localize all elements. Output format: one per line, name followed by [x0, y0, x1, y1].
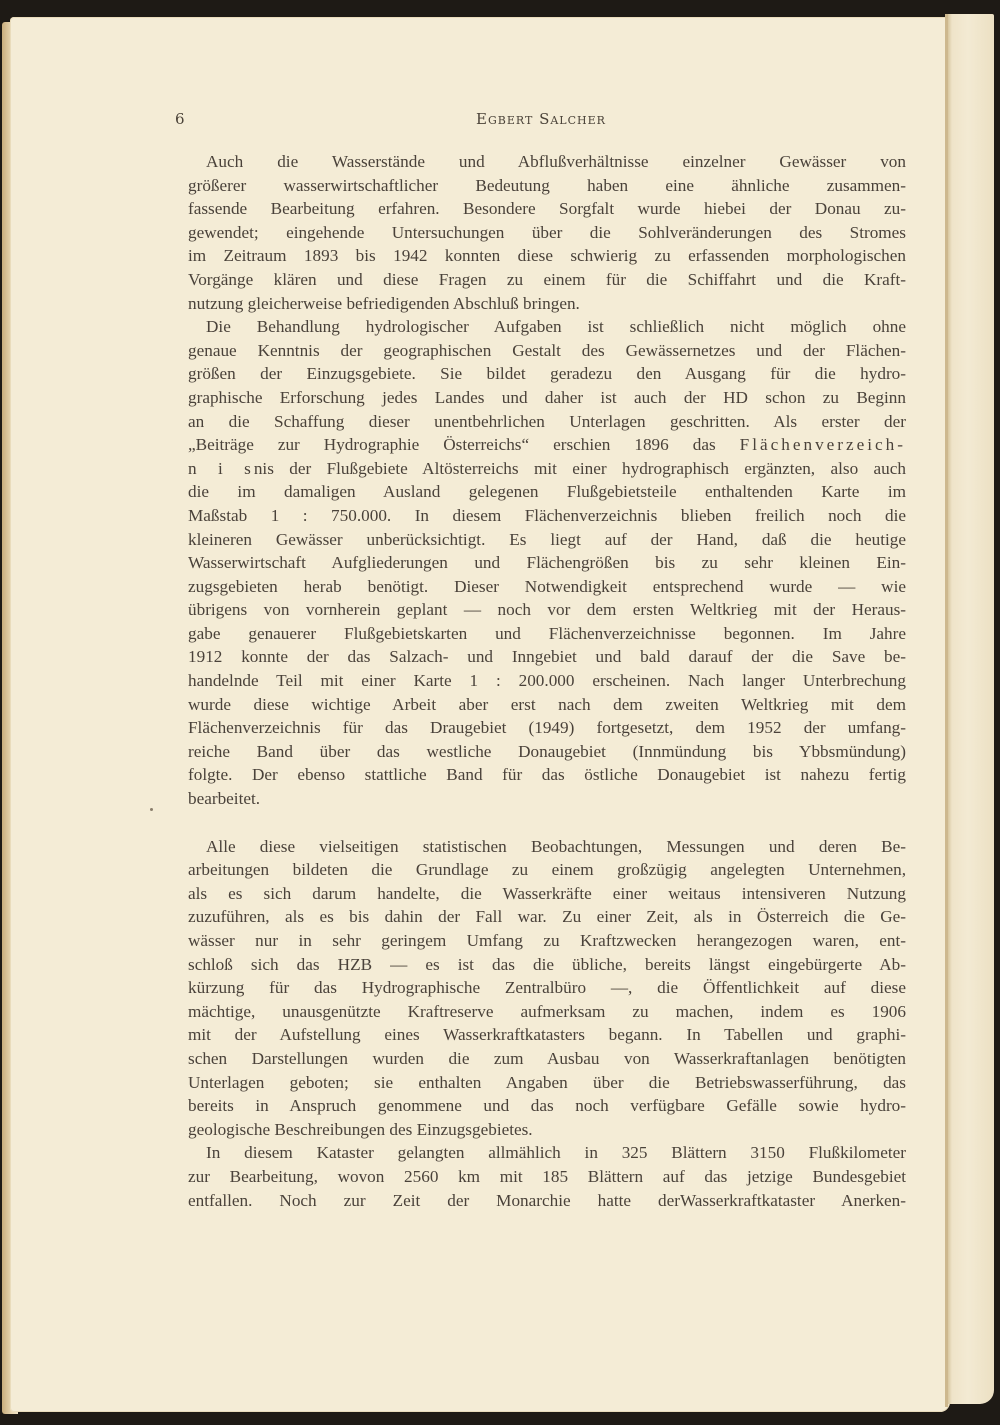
paragraph-2: Die Behandlung hydrologischer Aufgaben i…	[188, 315, 906, 810]
text-line: Maßstab 1 : 750.000. In diesem Flächenve…	[188, 504, 906, 528]
text-line: In diesem Kataster gelangten allmählich …	[188, 1141, 906, 1165]
paragraph-3: Alle diese vielseitigen statistischen Be…	[188, 835, 906, 1142]
text-line: Die Behandlung hydrologischer Aufgaben i…	[188, 315, 906, 339]
paragraph-1: Auch die Wasserstände und Abflußverhältn…	[188, 150, 906, 315]
text-line: zuzuführen, als es bis dahin der Fall wa…	[188, 905, 906, 929]
text-line: übrigens von vornherein geplant — noch v…	[188, 598, 906, 622]
text-line: Vorgänge klären und diese Fragen zu eine…	[188, 268, 906, 292]
text-line: größerer wasserwirtschaftlicher Bedeutun…	[188, 174, 906, 198]
text-line: gewendet; eingehende Untersuchungen über…	[188, 221, 906, 245]
text-line: gabe genauerer Flußgebietskarten und Flä…	[188, 622, 906, 646]
text-line: zur Bearbeitung, wovon 2560 km mit 185 B…	[188, 1165, 906, 1189]
emphasized-term: n i s	[188, 459, 254, 478]
text-line: an die Schaffung dieser unentbehrlichen …	[188, 410, 906, 434]
text-line: zugsgebieten herab benötigt. Dieser Notw…	[188, 575, 906, 599]
emphasized-term: Flächenverzeich-	[740, 435, 906, 454]
text-line: entfallen. Noch zur Zeit der Monarchie h…	[188, 1189, 906, 1213]
text-line: wurde diese wichtige Arbeit aber erst na…	[188, 693, 906, 717]
text-line-compound: n i snis der Flußgebiete Altösterreichs …	[188, 457, 906, 481]
text-line: Alle diese vielseitigen statistischen Be…	[188, 835, 906, 859]
text-line: die im damaligen Ausland gelegenen Flußg…	[188, 480, 906, 504]
text-line: als es sich darum handelte, die Wasserkr…	[188, 882, 906, 906]
text-line: Flächenverzeichnis für das Draugebiet (1…	[188, 716, 906, 740]
text-line: bereits in Anspruch genommene und das no…	[188, 1094, 906, 1118]
text-line: handelnde Teil mit einer Karte 1 : 200.0…	[188, 669, 906, 693]
text-line: arbeitungen bildeten die Grundlage zu ei…	[188, 858, 906, 882]
running-head-author: Egbert Salcher	[175, 110, 907, 128]
text-line: mit der Aufstellung eines Wasserkraftkat…	[188, 1023, 906, 1047]
text-line: fassende Bearbeitung erfahren. Besondere…	[188, 197, 906, 221]
text-line: Auch die Wasserstände und Abflußverhältn…	[188, 150, 906, 174]
text-line: kürzung für das Hydrographische Zentralb…	[188, 976, 906, 1000]
text-line: bearbeitet.	[188, 787, 906, 811]
body-text: Auch die Wasserstände und Abflußverhältn…	[188, 150, 906, 1212]
page-header: 6 Egbert Salcher	[175, 110, 907, 130]
margin-mark	[150, 808, 153, 811]
text-line: schloß sich das HZB — es ist das die übl…	[188, 953, 906, 977]
section-gap	[188, 811, 906, 835]
text-line: kleineren Gewässer unberücksichtigt. Es …	[188, 528, 906, 552]
text-line: im Zeitraum 1893 bis 1942 konnten diese …	[188, 244, 906, 268]
paragraph-4: In diesem Kataster gelangten allmählich …	[188, 1141, 906, 1212]
text-line: folgte. Der ebenso stattliche Band für d…	[188, 763, 906, 787]
text-line: reiche Band über das westliche Donaugebi…	[188, 740, 906, 764]
text-line: Wasserwirtschaft Aufgliederungen und Flä…	[188, 551, 906, 575]
adjacent-page-edge	[948, 14, 994, 1404]
scanned-book-page: 6 Egbert Salcher Auch die Wasserstände u…	[0, 0, 1000, 1425]
text-line: wässer nur in sehr geringem Umfang zu Kr…	[188, 929, 906, 953]
text-line: Unterlagen geboten; sie enthalten Angabe…	[188, 1071, 906, 1095]
text-line: schen Darstellungen wurden die zum Ausba…	[188, 1047, 906, 1071]
text-span: nis der Flußgebiete Altösterreichs mit e…	[254, 459, 906, 478]
text-line: 1912 konnte der das Salzach- und Inngebi…	[188, 645, 906, 669]
text-line: geologische Beschreibungen des Einzugsge…	[188, 1118, 906, 1142]
text-line: genaue Kenntnis der geographischen Gesta…	[188, 339, 906, 363]
text-span: „Beiträge zur Hydrographie Österreichs“ …	[188, 435, 716, 454]
text-line: nutzung gleicherweise befriedigenden Abs…	[188, 292, 906, 316]
text-line-compound: „Beiträge zur Hydrographie Österreichs“ …	[188, 433, 906, 457]
text-line: graphische Erforschung jedes Landes und …	[188, 386, 906, 410]
text-line: größen der Einzugsgebiete. Sie bildet ge…	[188, 362, 906, 386]
text-line: mächtige, unausgenützte Kraftreserve auf…	[188, 1000, 906, 1024]
